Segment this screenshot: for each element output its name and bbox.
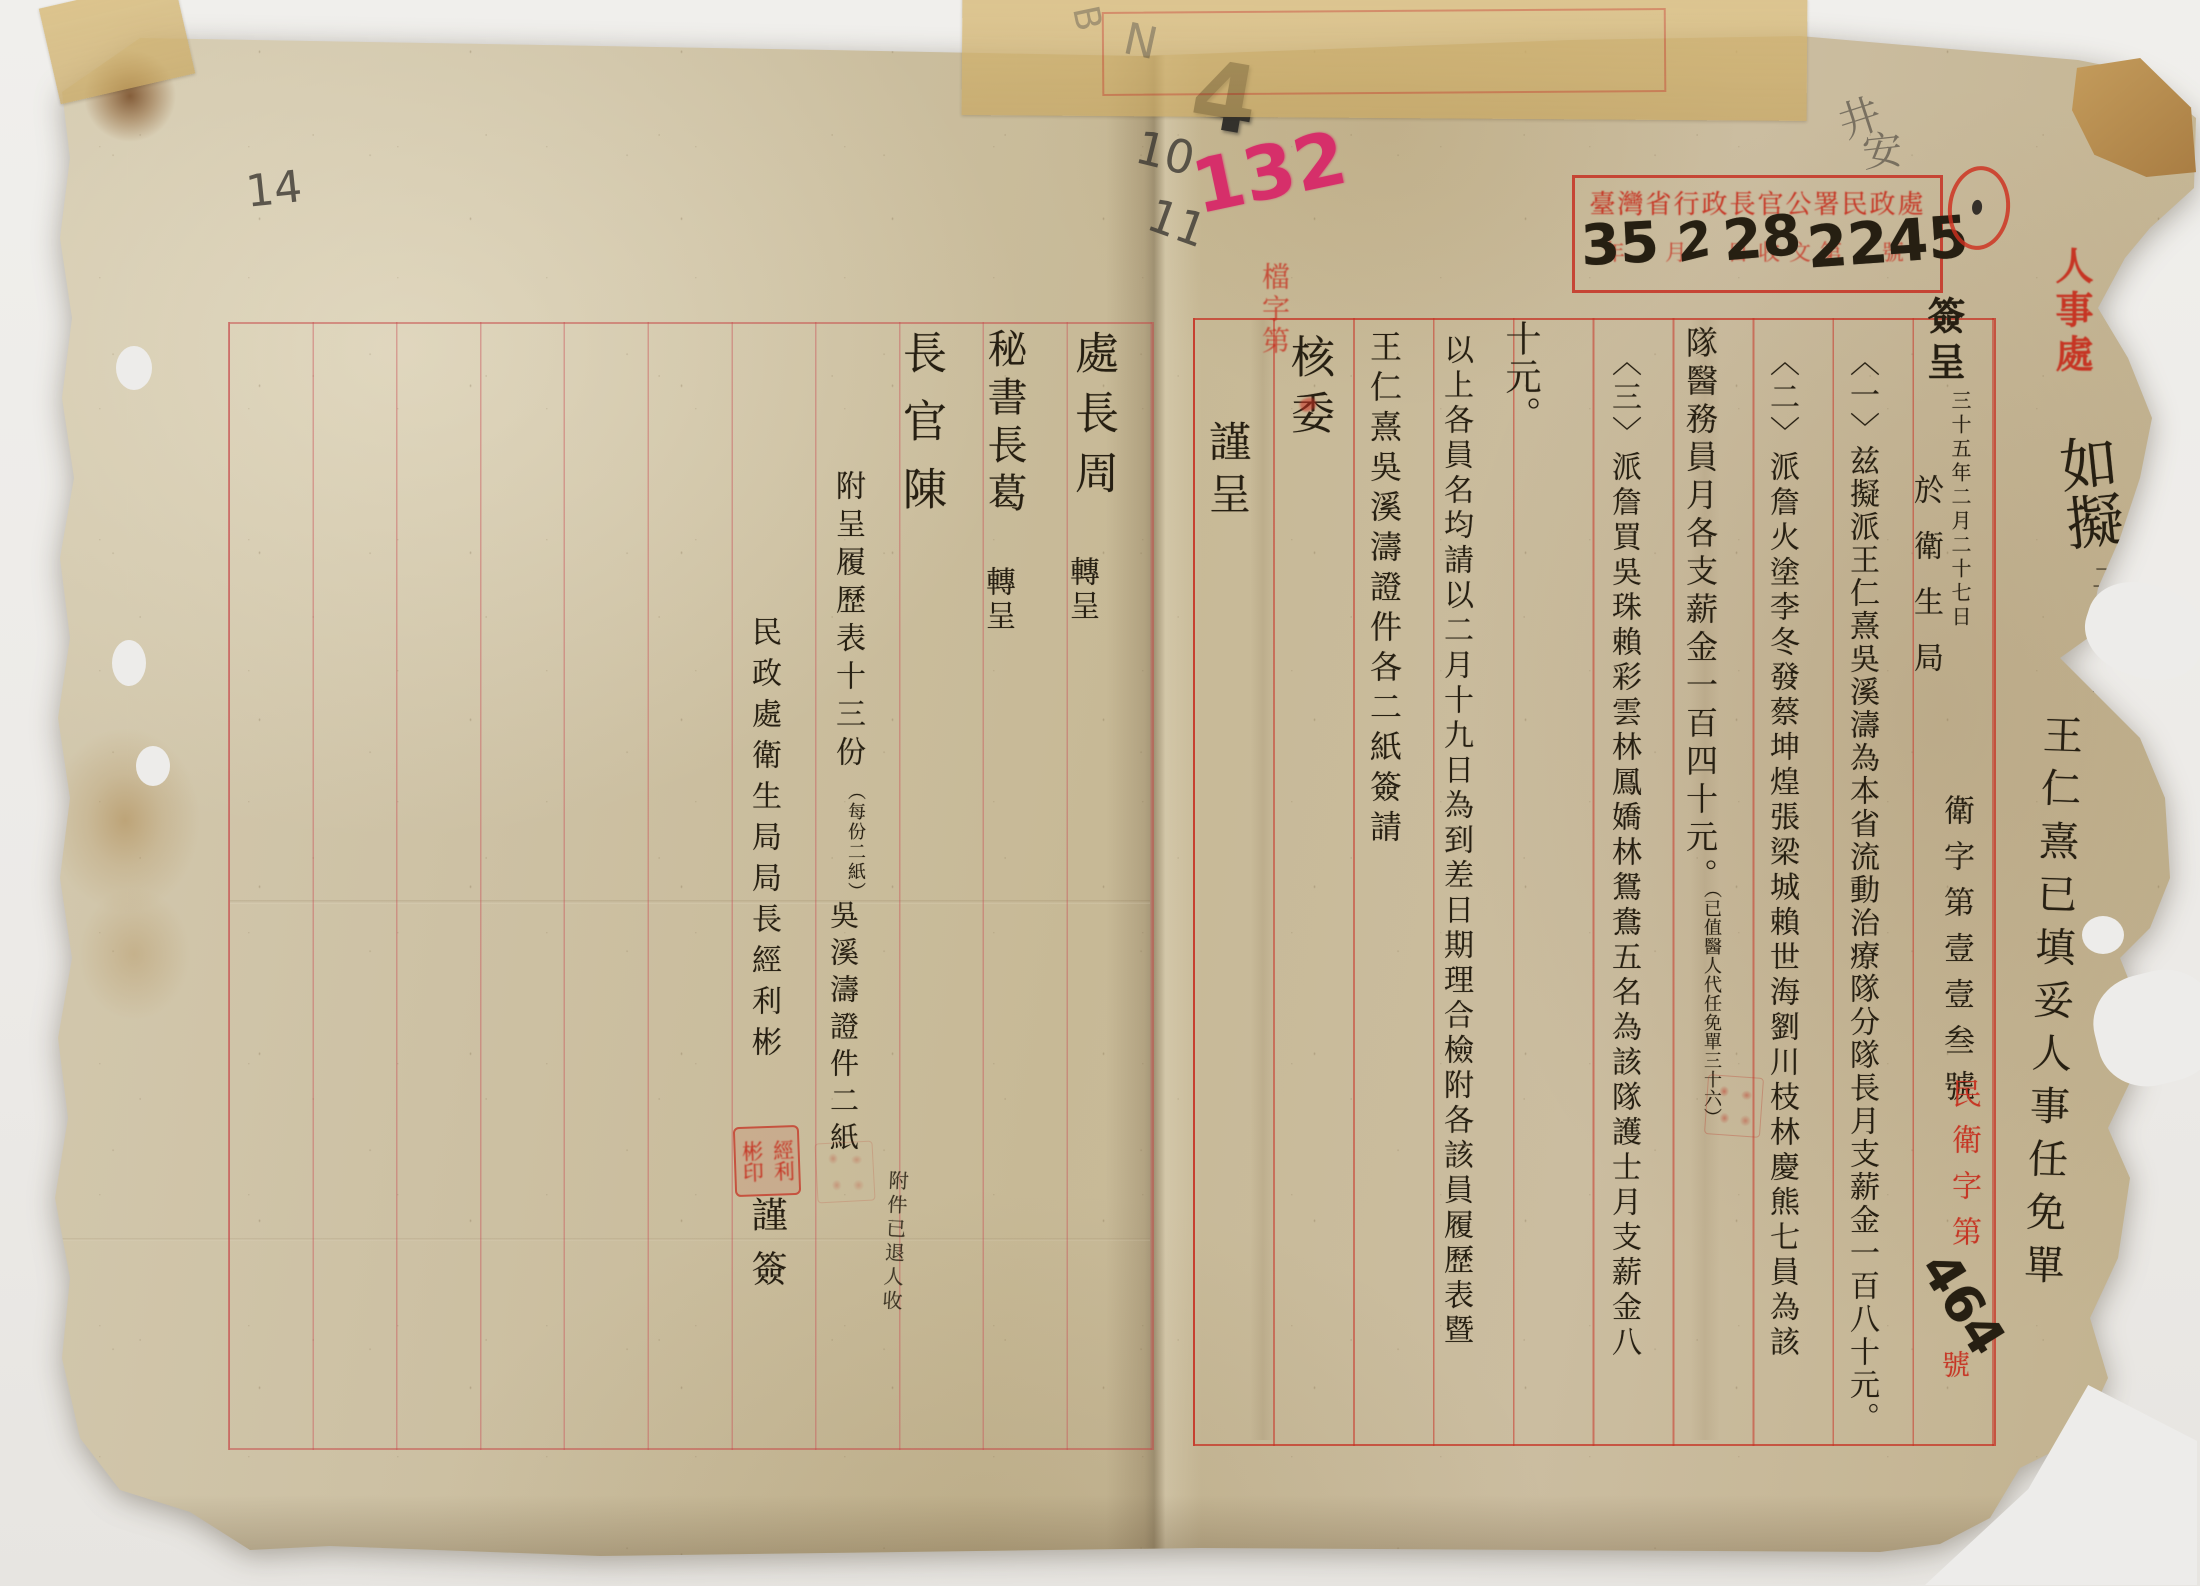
attachment-line-2: 吳溪濤證件二紙 — [828, 900, 857, 1159]
review-request: 核委 — [1286, 334, 1330, 446]
stain-left-edge — [50, 728, 200, 913]
closing-sentence-1: 以上各員名均請以二月十九日為到差日期理合檢附各該員履歷表暨 — [1440, 334, 1470, 1349]
worm-hole-left-3 — [136, 746, 170, 786]
paper-sheet: 簽呈 三十五年二月二十七日 於衛生局 衛字第壹壹叁號 民衛字第 464 號 檔字… — [0, 0, 2200, 1586]
signer-seal-jing-libin: 經利 彬印 — [733, 1125, 801, 1197]
receipt-number-handwritten: 2245 — [1805, 202, 1971, 281]
doc-date: 三十五年二月二十七日 — [1950, 390, 1970, 630]
personnel-office-stamp: 人事處 — [2052, 246, 2090, 378]
route-secretary-general-ge: 秘書長葛 — [984, 328, 1024, 520]
bottom-edge-shading — [0, 1495, 2200, 1557]
seal-text-left: 彬印 — [740, 1140, 762, 1183]
ref-number-red-prefix: 民衛字第 — [1948, 1078, 1978, 1262]
receipt-day-handwritten: 28 — [1720, 203, 1803, 275]
receiving-stamp: 臺灣省行政長官公署民政處 年 月 日收文第 號 35 2 28 2245 — [1572, 175, 1943, 293]
item-2-continuation: 隊醫務員月各支薪金一百四十元。 — [1684, 326, 1716, 896]
route-chief-action: 轉呈 — [1066, 556, 1096, 624]
item-3: 〈三〉派詹買吳珠賴彩雲林鳳嬌林鴛鴦五名為該隊護士月支薪金八 — [1608, 346, 1638, 1361]
item-1: 〈一〉兹擬派王仁熹吳溪濤為本省流動治療隊分隊長月支薪金一百八十元。 — [1846, 346, 1876, 1435]
margin-approval-cursive: 如擬 — [2052, 431, 2122, 552]
dark-dot — [1971, 199, 1983, 215]
worm-hole-left-1 — [116, 346, 152, 390]
closing-sentence-2: 王仁熹吳溪濤證件各二紙簽請 — [1368, 330, 1400, 850]
item-2: 〈二〉派詹火塗李冬發蔡坤煌張梁城賴世海劉川枝林慶熊七員為該 — [1766, 346, 1796, 1361]
attachment-parenthetical: （每份二紙） — [846, 782, 864, 902]
red-stamp-fragment-on-tape — [1102, 8, 1667, 96]
pencil-number-14: 14 — [243, 161, 304, 218]
scanned-document: 簽呈 三十五年二月二十七日 於衛生局 衛字第壹壹叁號 民衛字第 464 號 檔字… — [0, 0, 2200, 1586]
salutation-respectfully-submitted: 謹呈 — [1206, 420, 1248, 524]
worm-hole-left-2 — [112, 640, 146, 686]
attachment-line: 附呈履歷表十三份 — [832, 470, 862, 774]
signer-title-and-name: 民政處衛生局局長經利彬 — [748, 616, 778, 1067]
doc-type-title: 簽呈 — [1924, 296, 1962, 388]
pencil-scribble-b: 安 — [1859, 118, 1905, 179]
route-governor-chen: 長官陳 — [898, 330, 942, 534]
doc-location: 於衛生局 — [1910, 474, 1940, 698]
paper-shadow: 簽呈 三十五年二月二十七日 於衛生局 衛字第壹壹叁號 民衛字第 464 號 檔字… — [0, 0, 2200, 1586]
ref-number-black: 衛字第壹壹叁號 — [1940, 794, 1971, 1116]
signer-salutation: 謹簽 — [748, 1196, 784, 1304]
stain-left-edge — [78, 888, 190, 1020]
examiner-seal — [1704, 1074, 1764, 1138]
item-3-continuation: 十元。 — [1502, 320, 1538, 434]
receipt-year-handwritten: 35 — [1579, 210, 1660, 279]
torn-hole-right — [2082, 916, 2124, 954]
margin-note-cursive: 王仁熹已填妥人事任免單 — [2020, 713, 2080, 1297]
seal-text-right: 經利 — [771, 1139, 793, 1182]
route-division-chief-zhou: 處長周 — [1070, 330, 1114, 510]
faint-seal-left-page — [814, 1141, 875, 1204]
route-secretary-action: 轉呈 — [982, 566, 1012, 634]
tape-top-center: B N — [962, 0, 1808, 121]
ref-number-red-suffix: 號 — [1940, 1350, 1968, 1378]
